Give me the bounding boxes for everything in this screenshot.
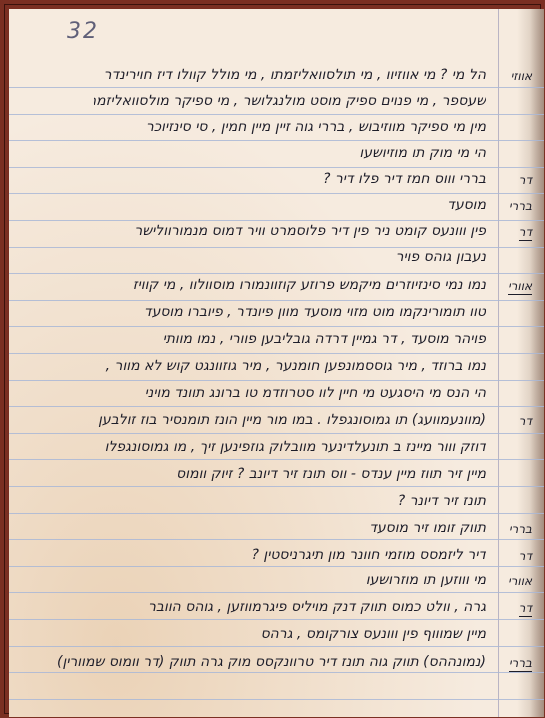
ruled-line xyxy=(9,167,544,168)
ruled-line xyxy=(9,140,544,141)
handwritten-line: הי מי מוק תו מוזיושעו xyxy=(204,145,486,161)
ruled-line xyxy=(9,699,544,700)
handwritten-line: (נמונההס) תווק גוה תונז דיר טרוונקסס מוק… xyxy=(54,654,486,670)
speaker-label: בררי xyxy=(509,522,532,536)
handwritten-line: מיין זיר תווז מיין ענדס - ווס תונז זיר ד… xyxy=(109,466,486,482)
handwritten-line: תונז זיר דיונר ? xyxy=(259,493,486,509)
handwritten-line: מיין שמוווף פין ווונעס צורקומס , גרהס xyxy=(129,626,486,642)
ruled-line xyxy=(9,486,544,487)
handwritten-line: גרה , וולט כמוס תווק דנק מויליס פיגרמווז… xyxy=(21,599,486,615)
ruled-line xyxy=(9,353,544,354)
binding-edge-shadow xyxy=(530,9,544,717)
ruled-line xyxy=(9,193,544,194)
speaker-label: דר xyxy=(519,225,532,241)
ruled-line xyxy=(9,539,544,540)
handwritten-line: הל מי ? מי אווזיוו , מי תולסוואליזמתו , … xyxy=(17,67,486,83)
ruled-line xyxy=(9,87,544,88)
ruled-line xyxy=(9,513,544,514)
ruled-line xyxy=(9,646,544,647)
speaker-label: דר xyxy=(519,549,532,563)
speaker-label: אוורי xyxy=(508,279,532,295)
ruled-line xyxy=(9,672,544,673)
ruled-line xyxy=(9,326,544,327)
speaker-label: דר xyxy=(519,601,532,617)
ruled-line xyxy=(9,459,544,460)
speaker-label: דר xyxy=(519,173,532,187)
handwritten-line: (מוונעמוועג) תו גמוסונגפלו . במו מור מיי… xyxy=(27,412,486,428)
ruled-line xyxy=(9,406,544,407)
ruled-line xyxy=(9,380,544,381)
handwritten-line: מוסעד xyxy=(341,197,486,213)
speaker-label: אווזי xyxy=(511,69,532,83)
handwritten-line: טוו תומורינקמו מוט מזוי מוסעד מוון פיונד… xyxy=(97,304,486,320)
handwritten-line: מין מי ספיקר מווזיבוש , בררי גוה זיין מי… xyxy=(97,119,486,135)
handwritten-line: נמו נמי סינזיוזרים מיקמש פרוזע קוזוונמור… xyxy=(49,277,486,293)
page-number: 32 xyxy=(67,19,99,44)
ruled-line xyxy=(9,300,544,301)
ruled-line xyxy=(9,247,544,248)
ruled-line xyxy=(9,566,544,567)
ruled-line xyxy=(9,273,544,274)
ruled-line xyxy=(9,220,544,221)
handwritten-line: בררי וווס חמז דיר פלו דיר ? xyxy=(204,171,486,187)
document-frame: 32 הל מי ? מי אווזיוו , מי תולסוואליזמתו… xyxy=(0,0,545,718)
ruled-line xyxy=(9,433,544,434)
speaker-label: דר xyxy=(519,414,532,428)
handwritten-line: פויהר מוסעד , דר גמיין דרדה גובליבען פוו… xyxy=(99,331,486,347)
handwritten-line: תווק זומו זיר מוסעד xyxy=(279,520,486,536)
handwritten-line: פין ווונעס קומט ניר פין דיר פלוסמרט וויר… xyxy=(19,223,486,239)
handwritten-line: דוזק ווור מיינז ב תונעלדינער מוובלוק גוז… xyxy=(37,439,486,455)
ruled-line xyxy=(9,592,544,593)
speaker-label: אוורי xyxy=(508,574,532,588)
handwritten-line: הי הנס מי היסגעט מי חיין לוו סטרוזדמ טו … xyxy=(99,385,486,401)
ruled-line xyxy=(9,619,544,620)
handwritten-line: שעספר , מי פנוים ספיק מוסט מולנגלושר , מ… xyxy=(94,93,486,109)
ruled-line xyxy=(9,114,544,115)
handwritten-line: מי וווזען תו מוזרושעו xyxy=(209,572,486,588)
margin-line xyxy=(498,9,499,717)
speaker-label: בררי xyxy=(509,656,532,672)
handwritten-line: נעבון גוהס פויר xyxy=(279,249,486,265)
handwritten-line: נמו ברוזד , מיר גוססמונפען חומנער , מיר … xyxy=(89,358,486,374)
speaker-label: בררי xyxy=(509,199,532,213)
handwritten-line: דיר ליזמסס מוזמי חוונר מון תיגרניסטין ? xyxy=(109,547,486,563)
manuscript-page: 32 הל מי ? מי אווזיוו , מי תולסוואליזמתו… xyxy=(9,9,544,717)
